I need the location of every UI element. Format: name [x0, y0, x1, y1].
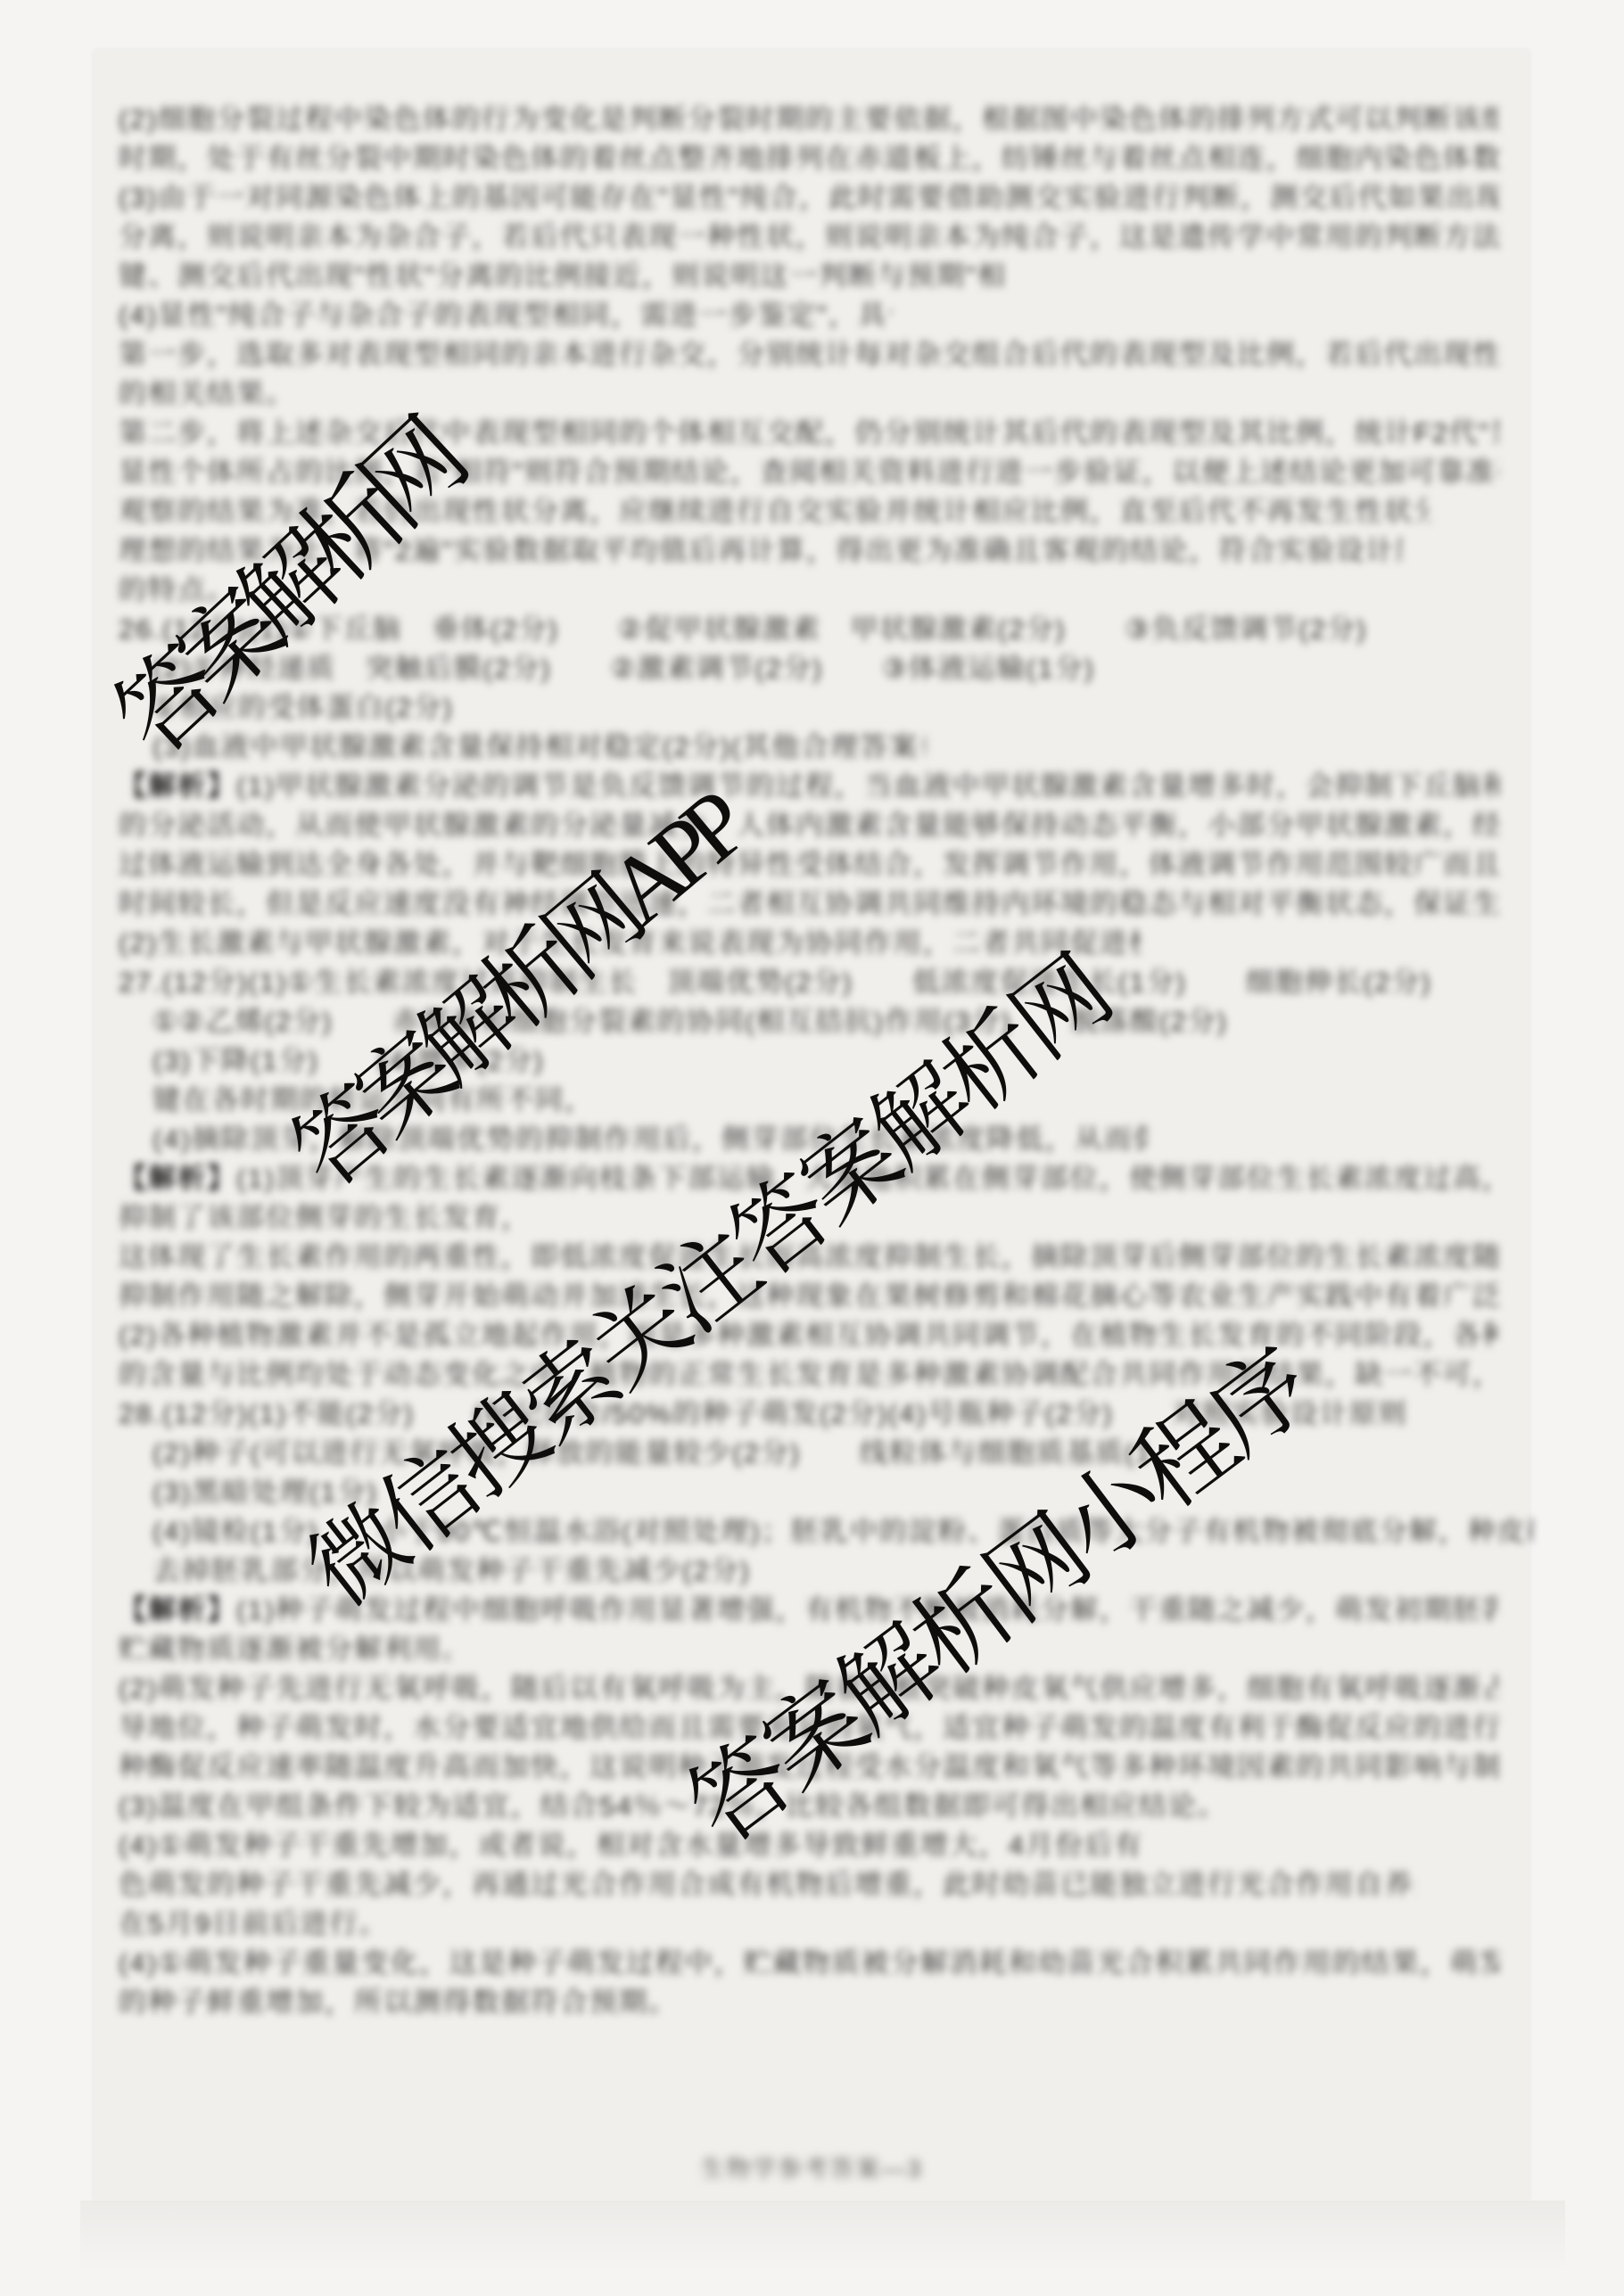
text-line: 抑制作用随之解除，侧芽开始萌动并加速生长，这种现象在果树修剪和棉花摘心等农业生产…: [119, 1277, 1499, 1316]
text-line: 第二步，将上述杂交后代中表现型相同的个体相互交配，仍分别统计其后代的表现型及其比…: [119, 414, 1499, 453]
text-line: 【解析】(1)甲状腺激素分泌的调节是负反馈调节的过程，当血液中甲状腺激素含量增多…: [119, 767, 1499, 806]
text-line: (4)①萌发种子重量变化，这是种子萌发过程中，贮藏物质被分解消耗和幼苗光合积累共…: [119, 1944, 1499, 1983]
text-line: (3)黑暗处理(1分): [153, 1473, 457, 1512]
text-line: 过体液运输到达全身各处，并与靶细胞膜上的特异性受体结合，发挥调节作用，体液调节作…: [119, 845, 1499, 885]
text-line: (2)生长激素与甲状腺激素，对于生长发育来说表现为协同作用，二者共同促进机体的生…: [119, 924, 1141, 963]
text-line: 第一步，选取多对表现型相同的亲本进行杂交，分别统计每对杂交组合后代的表现型及比例…: [119, 335, 1499, 374]
text-line: (4)镜检(1分) 小于90℃恒温水浴(对照处理)；胚乳中的淀粉、蛋白质等大分子…: [153, 1512, 1533, 1551]
text-line: (4)显性"纯合子与杂合子的表现型相同，需进一步鉴定"，具体步骤：: [119, 296, 892, 335]
text-line: (4)摘除顶芽，解除顶端优势的抑制作用后，侧芽部位生长素浓度降低，从而促进侧芽生…: [153, 1120, 1147, 1159]
text-line: 的含量与比例均处于动态变化之中，植物的正常生长发育是多种激素协调配合共同作用的结…: [119, 1355, 1499, 1395]
text-line: 种酶促反应速率随温度升高而加快，这说明种子萌发过程受水分温度和氧气等多种环境因素…: [119, 1748, 1499, 1787]
text-line: 26.(12分)(1)①下丘脑 垂体(2分) ②促甲状腺激素 甲状腺激素(2分)…: [119, 610, 1499, 649]
text-line: ①②乙烯(2分) 赤霉素和细胞分裂素的协同(相互拮抗)作用(3分) 脱落酸(2分…: [153, 1002, 1312, 1041]
text-line: 显性个体所占的比例，若"相符"则符合预期结论，查阅相关资料进行进一步验证，以便上…: [119, 453, 1499, 492]
text-line: (3)温度在甲组条件下较为适宜，结合54％～72％，比较各组数据即可得出相应结论…: [119, 1787, 1223, 1826]
text-line: (3)血液中甲状腺激素含量保持相对稳定(2分)(其他合理答案也可): [153, 728, 926, 767]
text-line: (4)①萌发种子干重先增加，或者说，相对含水量增多导致鲜重增大，4月份后有机物总…: [119, 1826, 1141, 1865]
text-line: 键在各时期的转运方向有所不同，: [153, 1081, 732, 1120]
text-line: 抑制了该部位侧芽的生长发育，: [119, 1198, 671, 1238]
text-line: 的分泌活动，从而使甲状腺激素的分泌量减少，人体内激素含量能够保持动态平衡，小部分…: [119, 806, 1499, 845]
text-line: 贮藏物质逐渐被分解利用。: [119, 1630, 450, 1669]
text-line: 28.(12分)(1)不能(2分) (标记符合/50%的种子萌发(2分)(4)号…: [119, 1395, 1499, 1434]
text-line: 分离，则说明亲本为杂合子，若后代只表现一种性状，则说明亲本为纯合子，这是遗传学中…: [119, 218, 1499, 257]
text-line: 时间较长，但是反应速度没有神经调节迅速，二者相互协调共同维持内环境的稳态与相对平…: [119, 885, 1499, 924]
text-line: (2)种子(可以进行无氧呼吸，释放的能量较少(2分) 线粒体与细胞质基质(1分): [153, 1434, 1147, 1473]
text-line: 【解析】(1)种子萌发过程中细胞呼吸作用显著增强，有机物不断被消耗分解，干重随之…: [119, 1591, 1499, 1630]
page-footer: 生物学参考答案—3: [0, 2151, 1624, 2184]
text-line: 键、测交后代出现"性状"分离的比例接近，则说明这一判断与预期"相符"。: [119, 257, 1002, 296]
text-line: 【解析】(1)顶芽产生的生长素逐渐向枝条下部运输，大量地积累在侧芽部位，使侧芽部…: [119, 1159, 1499, 1198]
text-line: (2)萌发种子先进行无氧呼吸，随后以有氧呼吸为主，随着胚根突破种皮氧气供应增多，…: [119, 1669, 1499, 1708]
text-line: 理想的结果为止，将"2遍"实验数据取平均值后再计算，得出更为准确且客观的结论，符…: [119, 531, 1403, 571]
text-line: 时期，处于有丝分裂中期时染色体的着丝点整齐地排列在赤道板上，纺锤丝与着丝点相连，…: [119, 139, 1499, 178]
text-line: 27.(12分)(1)①生长素浓度过高抑制生长 顶端优势(2分) 低浓度促进生长…: [119, 963, 1499, 1002]
text-line: 在5月9日前后进行。: [119, 1905, 423, 1944]
blurred-text-layer: 生物学参考答案—3 (2)细胞分裂过程中染色体的行为变化是判断分裂时期的主要依据…: [0, 0, 1624, 2296]
text-line: (2)细胞分裂过程中染色体的行为变化是判断分裂时期的主要依据，根据图中染色体的排…: [119, 100, 1499, 139]
text-line: 这体现了生长素作用的两重性，即低浓度促进生长而高浓度抑制生长，摘除顶芽后侧芽部位…: [119, 1238, 1499, 1277]
text-line: (2)各种植物激素并不是孤立地起作用，而是多种激素相互协调共同调节，在植物生长发…: [119, 1316, 1499, 1355]
text-line: 的特点。: [119, 571, 270, 610]
text-line: 观察的结果为准，若仍出现性状分离，应继续进行自交实验并统计相应比例，直至后代不再…: [119, 492, 1430, 531]
text-line: 导地位，种子萌发时，水分要适宜地供给而且需要充足的氧气，适宜种子萌发的温度有利于…: [119, 1708, 1499, 1748]
text-line: ①相应的受体蛋白(2分): [153, 688, 566, 728]
text-line: (2)①神经递质 突触后膜(2分) ②激素调节(2分) ③体液运输(1分): [153, 649, 1257, 688]
text-line: 去掉胚乳部分，所以萌发种子干重先减少(2分): [153, 1551, 760, 1591]
text-line: 的种子鲜重增加，所以测得数据符合预期。: [119, 1983, 726, 2022]
text-line: (3)由于一对同源染色体上的基因可能存在"显性"纯合，此时需要借助测交实验进行判…: [119, 178, 1499, 218]
text-line: 色萌发的种子干重先减少，再通过光合作用合成有机物后增重，此时幼苗已能独立进行光合…: [119, 1865, 1416, 1905]
text-line: (3)下降(1分) (4)增多(2分): [153, 1041, 760, 1081]
text-line: 的相关结果。: [119, 374, 312, 414]
